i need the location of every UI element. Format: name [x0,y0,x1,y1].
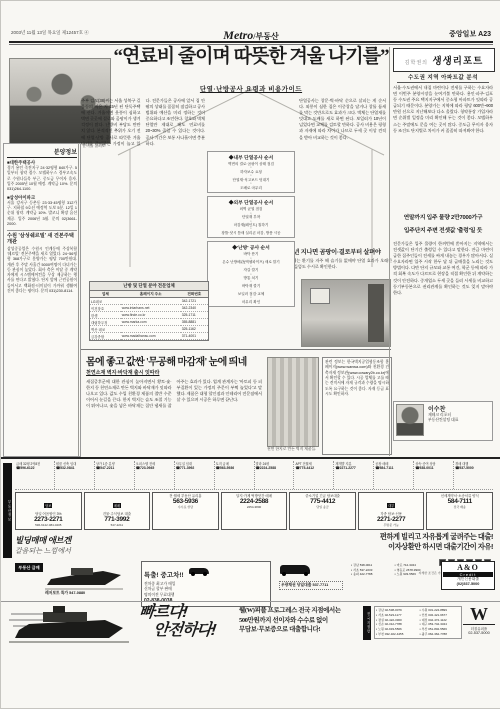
article2-subhead: 천연소재 벽지·바닥재 출시 잇따라 [86,369,159,376]
boxed-ad-sub: 무방문 가능 [360,523,423,527]
ao-logo: A&O [443,563,493,572]
sidebar-sec1-body: 경기 용인 죽전지구 24·32평형 840가구. 5일부터 청약 접수. 모델… [7,166,77,193]
construction-steps-diagram: ◆내부 단열공사 순서 벽면의 결로·곰팡이 상태 점검하자보수 요청단열재·석… [207,151,295,310]
branch-entry: 광주 062-362-7788 [420,632,461,637]
classified-ad-phone: ☎2224-2588 [256,466,293,470]
loan-banner-line1: 편하게 빌리고 자유롭게 굴려주는 대출! [251,532,493,542]
cell-company: 대림하우징 [90,319,121,326]
car-image [279,563,313,582]
cell-company: 벽산 데코 [90,326,121,333]
ad-category-chip: 담보 [44,503,52,508]
cell-phone: 355-8881 [181,319,208,326]
classified-ad-phone: ☎532-0841 [56,466,93,470]
branch-network-label: 전국지점망 [363,606,371,640]
sidebar-sales-info: 분양정보 ■대한주택공사 경기 용인 죽전지구 24·32평형 840가구. 5… [3,143,81,457]
boxed-ad: 대부 각종 담보·신용 2271-2277 무방문 가능 [358,492,425,530]
building-ad-title: 빌딩매매 애브겐 [15,534,195,546]
table-row: LG데코 342-1721 [90,298,208,305]
diagram-steps: 벽면의 결로·곰팡이 상태 점검하자보수 요청단열재·석고보드 덧대기도배로 마… [210,162,292,190]
diagram-step: 창틀·샷시 틈새 실리콘 마감, 방풍 시공 [210,227,292,235]
urgent-sale-label: 부동산 급매 [15,563,43,572]
sidebar-article-title: 수원 '삼성쉐르빌' 새 견본주택 개관 [7,230,77,245]
lead-subhead: 단열·난방공사 요령과 비용가이드 [141,84,361,93]
classified-ad: 상가 1층 분양 ☎547-2211 [95,461,135,489]
byline-role2: 부동산컨설팅 대표 [428,418,458,423]
ship-image [9,604,129,646]
boxed-ad-phone: 771-3992 [86,516,149,523]
ao-phone: (02)537-5000 [443,582,493,587]
byline-portrait [396,404,424,436]
article2-top-rule [81,349,391,350]
report-crosshead2: 입주단지 주변 전셋값 '출렁'일 듯 [393,227,493,235]
bottom-ad-copy-line: 500만원까지 선이자와 수수료 없이 [239,616,361,626]
boxed-ad-phone: 2273-2271 [17,516,80,523]
lead-headline: “연료비 줄이며 따뜻한 겨울 나기를” [109,47,393,67]
classified-ad-phone: ☎596-6122 [16,466,53,470]
sidebar-sec2-body: 서울 강서구 등촌동 23·33·45평형 312가구. 지하철 9호선 예정역… [7,201,77,228]
classified-ad-phone: ☎723-0945 [136,466,173,470]
article2-photo-caption: 천연 한지로 만든 벽지 제품들. [267,447,317,452]
diagram-step: 도배로 마무리 [210,182,292,190]
interior-work-photo [301,279,391,347]
article2-infobox: 관련 정보는 한국벽지공업협동조합 홈페이지(www.wanwa.com)와 친… [322,357,392,455]
diagram-box-title: ◆내부 단열공사 순서 [210,154,292,161]
boxed-ad: 신세계약서·소송서류 양식 584-7111 전국 배송 [426,492,493,530]
wpeople-logo-block: W 더블유피플 02-537-5000 [463,605,495,636]
boxed-ad-sub: 596-6122·084-0205 [17,523,80,527]
report-subtitle: 수도권 지역 아파트값 분석 [397,73,489,83]
classified-ad-phone: ☎771-3992 [176,466,213,470]
masthead-rule-thin [9,44,493,45]
cell-phone: 342-1721 [181,298,208,305]
cell-website [121,326,181,333]
car-silhouette-icon [189,568,209,574]
branch-phone-list: 강남 02-538-0079서초 02-523-1177잠실 02-422-33… [374,606,462,639]
boxed-ad-sub: 2254-3800 [223,505,286,509]
column-rule-left [78,143,79,456]
table-row: 벽산 데코 325-1162 [90,326,208,333]
w-logo-sub: 더블유피플 [463,624,495,631]
boxed-ad: 전·월세 부동산 유리홈 563-5936 수수료 상담 [152,492,219,530]
classified-ad: 원룸 신축 임대 ☎532-0841 [55,461,95,489]
lead-body-right2: 공사 뒤에는 환기를 자주 해 습기를 없애야 단열 효과가 오래간다. 벽지 … [279,258,392,278]
cell-website: www.madalhansu.com [121,333,181,340]
paper-page-number: 중앙일보 A23 [449,29,491,39]
report-crosshead1: 연말까지 입주 물량 2만7000가구 [393,214,493,222]
cell-company: 이건창호 [90,305,121,312]
cell-website [121,298,181,305]
cell-website: www.finde.co.kr [121,312,181,319]
cell-phone: 325-1711 [181,312,208,319]
table-row: 이건창호 www.intarhans.net 342-2340 [90,305,208,312]
car-silhouette-icon [280,565,310,574]
diagram-box-title: ◆외부 단열공사 순서 [210,199,292,206]
ad-phone-entry: 송파 422-7788 [351,572,392,577]
w-logo: W [463,605,495,623]
diagram-step: 마무리 확인 [210,296,292,304]
classified-ad: 재개발 지분 ☎2271-2277 [334,461,374,489]
classified-ad-phone: ☎584-7111 [375,466,412,470]
report-title: 생생리포트 [432,56,483,67]
diagram-steps: 바닥 뜯기온수 난방배관(엑셀파이프) 새로 깔기자갈 깔기방통 치기바닥재 깔… [210,252,292,304]
bottom-ad-copy-line: 웰(W)피플 프로그레스 전국 지점에서는 [239,606,361,616]
report-body1: 서울·수도권에서 내집 마련이나 전세를 구하는 수요자라면 이번주 분양시장을… [393,85,493,211]
bottom-ad-rule [1,601,500,602]
boxed-ad-sub: 당일 송금 [291,505,354,509]
boat-ad-text: 레저보트 특가 547-0880 [45,591,125,596]
ad-category-chip: 매매 [113,503,121,508]
classified-ad: 빌라 24평 ☎2224-2588 [255,461,295,489]
classified-ad: APT 전월세 ☎775-4412 [294,461,334,489]
classified-ad-phone: ☎2271-2277 [335,466,372,470]
classified-ad-phone: ☎537-5000 [455,466,492,470]
lead-crosshead: 1년 지나면 곰팡이·결로부터 살펴야 [279,247,392,256]
classified-ad: 경매 대행 ☎537-5000 [454,461,493,489]
speedboat-image [45,563,123,593]
branch-entry: 부천 032-322-4455 [376,632,417,637]
photo-door [368,284,384,342]
loan-banner-line2: 이자상환만 하시면 대출기간이 자유! [251,542,493,552]
classifieds-side-label: 부동산정보 [3,463,12,558]
cell-company: LG데코 [90,298,121,305]
used-car-title: 특출! 중고차!! [144,572,184,579]
article2-photo [267,357,319,447]
boxed-ad: 매매 건물·주식담보 대출 771-3992 547-2211 [84,492,151,530]
bottom-ad-copy-line: 무담보·무보증으로 대출합니다! [239,625,361,635]
lead-body-left: 주부 김모(38)씨는 서울 성북구 길음동의 지은 지 15년 된 단독주택에… [81,98,205,278]
sidebar-header: 분양정보 [7,147,77,158]
boxed-ad: 달지·가제 떡방앗간 매매 2224-2588 2254-3800 [221,492,288,530]
report-badge: 김학권의 [405,61,428,66]
cell-website: www.marka.com [121,319,181,326]
classified-ad: 토지 급매 ☎563-5936 [215,461,255,489]
masthead-rule [9,41,493,43]
photo-window [310,288,330,304]
boxed-ad-sub: 전국 배송 [428,505,491,509]
report-byline: 이수찬 재테크 리포터 부동산컨설팅 대표 [393,401,493,441]
cell-phone: 371-4001 [181,333,208,340]
bottom-ad-copy: 웰(W)피플 프로그레스 전국 지점에서는500만원까지 선이자와 수수료 없이… [239,606,361,635]
classified-ad: 급매 32평 2억8천 ☎596-6122 [15,461,55,489]
ad-phone-entry: 노원 933-5566 [395,572,436,577]
classified-ad-phone: ☎563-5936 [216,466,253,470]
diagram-box-heating: ◆'난방' 공사 순서 바닥 뜯기온수 난방배관(엑셀파이프) 새로 깔기자갈 … [207,241,295,307]
diagram-box-external: ◆외부 단열공사 순서 외벽 균열 점검단열재 부착마감재(페인트) 칠하기창틀… [207,196,295,238]
diagram-box-title: ◆'난방' 공사 순서 [210,244,292,251]
used-car-lines: 전차종 최고가 매입신차급 할부 판매명의이전 무료대행 [144,582,268,598]
ao-credit-ad: A&O Credit 개인신용대출 (02)537-5000 [441,561,495,590]
classifieds-row2: 담보 당일 어음할인 3% 2273-2271 596-6122·084-020… [15,492,493,530]
report-header-box: 김학권의 생생리포트 [393,48,495,72]
article2-body: 새집증후군에 대한 관심이 높아지면서 황토·숯·한지 등 천연소재로 만든 벽… [86,379,262,455]
lead-body-right: 단열공사는 창문·벽·바닥 순으로 살피는 게 순서다. 외풍이 심한 집은 이… [299,98,386,244]
classified-ad: 오피스텔 전세 ☎723-0945 [135,461,175,489]
classified-ad-phone: ☎775-4412 [295,466,332,470]
cell-company: 한샘 [90,312,121,319]
firms-table-title: 난방 및 단열 분야 전문업체 [90,282,208,291]
section-label: /부동산 [253,32,278,41]
table-row: 대림하우징 www.marka.com 355-8881 [90,319,208,326]
ad-phone-list: 강남 538-0011서초 537-2233송파 422-7788마포 712-… [351,563,435,577]
boxed-ad: 담보 당일 어음할인 3% 2273-2271 596-6122·084-020… [15,492,82,530]
classifieds-top-rule [1,457,500,459]
boxed-ad-phone: 2224-2588 [223,498,286,505]
byline-name: 이수찬 [428,404,458,413]
boxed-ad: 중소기업 긴급 담보대출 775-4412 당일 송금 [289,492,356,530]
boxed-ad-sub: 수수료 상담 [154,505,217,509]
classified-ad-phone: ☎547-2211 [96,466,133,470]
firms-table: 난방 및 단열 분야 전문업체 업체 홈페이지 주소 전화번호 LG데코 342… [89,281,209,341]
report-body2: 전문가들은 입주 물량이 한꺼번에 쏟아지는 지역에서는 전셋값이 단기간 출렁… [393,241,493,397]
bottom-ad-slogan2: 안전하다! [152,623,216,640]
cell-phone: 342-2340 [181,305,208,312]
w-logo-phone: 02-537-5000 [463,631,495,636]
table-row: 한샘 www.finde.co.kr 325-1711 [90,312,208,319]
classifieds-row1: 급매 32평 2억8천 ☎596-6122 원룸 신축 임대 ☎532-0841… [15,461,493,490]
table-row: 금강종합 www.madalhansu.com 371-4001 [90,333,208,340]
cell-phone: 325-1162 [181,326,208,333]
sidebar-article-body: 삼성중공업은 수원시 인계동에 주상복합 '쉐르빌' 견본주택을 새로 열었다.… [7,247,77,295]
building-ad-script: 갈음되는 느낌에서 [15,546,195,556]
diagram-steps: 외벽 균열 점검단열재 부착마감재(페인트) 칠하기창틀·샷시 틈새 실리콘 마… [210,207,292,235]
classified-ad-phone: ☎538-0011 [415,466,452,470]
ad-category-chip: 대부 [387,503,395,508]
newspaper-page: 2003년 11월 13일 목요일 제12457호 ④ Metro/부동산 중앙… [0,0,500,709]
diagram-box-internal: ◆내부 단열공사 순서 벽면의 결로·곰팡이 상태 점검하자보수 요청단열재·석… [207,151,295,193]
boxed-ad-sub: 547-2211 [86,523,149,527]
building-ad: 빌딩매매 애브겐 갈음되는 느낌에서 [15,534,195,556]
cell-website: www.intarhans.net [121,305,181,312]
bond-loan-box: 우량채권 당일대출 537-7711 [279,581,343,590]
classified-ad: 공장 매매 ☎584-7111 [374,461,414,489]
cell-company: 금강종합 [90,333,121,340]
classified-ad: 사무실 임대 ☎771-3992 [175,461,215,489]
metro-logo: Metro [223,28,253,42]
classified-ad: 상속·증여 상담 ☎538-0011 [414,461,454,489]
bottom-ad-slogan1: 빠르다! [138,605,187,622]
column-rule-right [389,47,390,456]
